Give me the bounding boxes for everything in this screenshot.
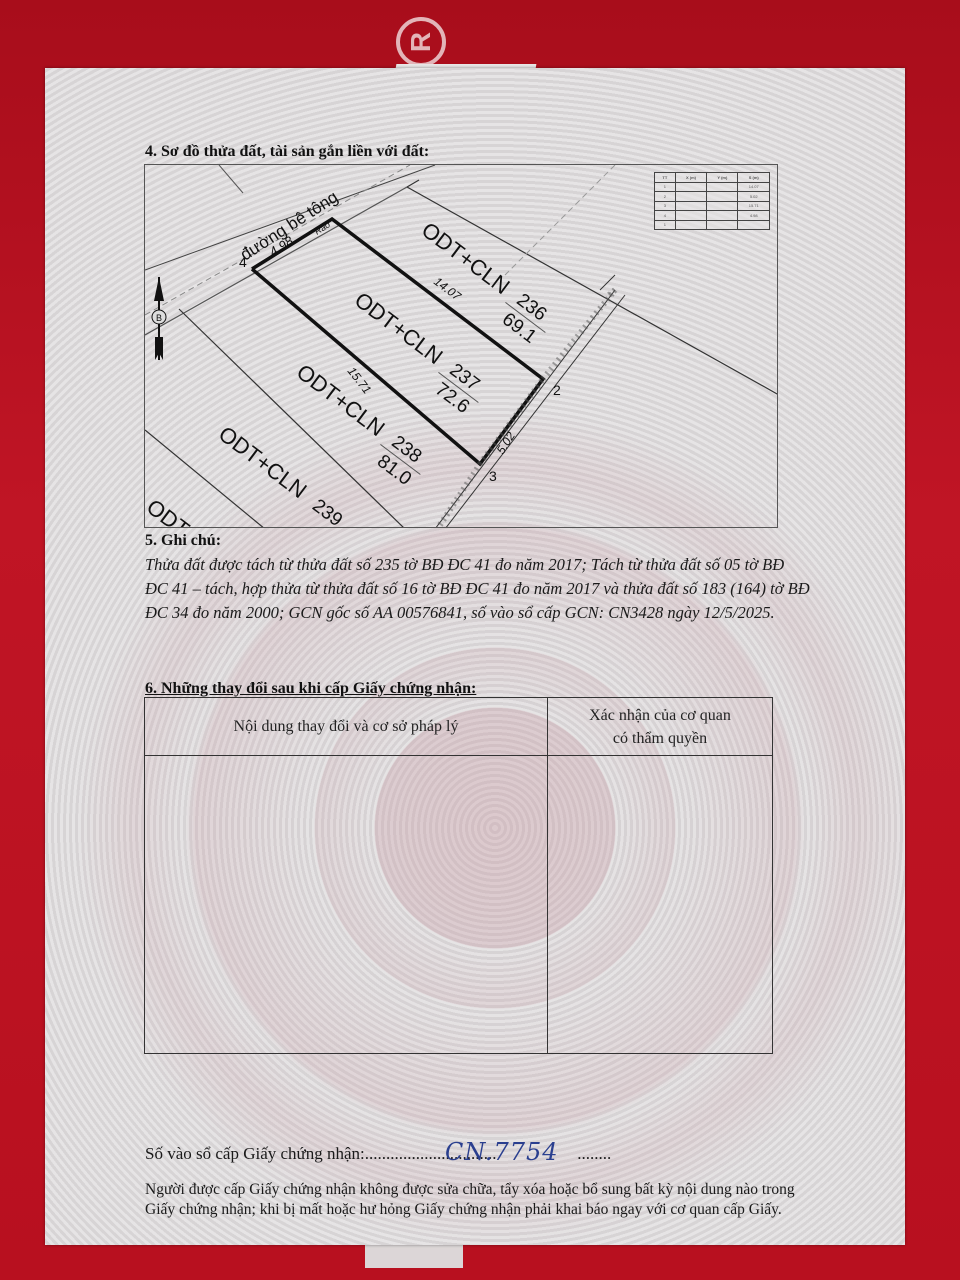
registry-dots-after: ........ (577, 1144, 611, 1163)
coord-cell (738, 220, 770, 230)
parcel-239-number: 239 (308, 495, 346, 528)
parcel-239-use: ODT+CLN (214, 421, 312, 503)
coord-cell (675, 201, 706, 211)
confirmation-header-line1: Xác nhận của cơ quan (589, 707, 731, 724)
parcel-239-label: ODT+CLN 239 (214, 421, 349, 528)
parcel-partial-use: ODT+ (145, 494, 204, 528)
coord-cell (707, 192, 738, 202)
coord-cell (675, 211, 706, 221)
coord-cell: 15.71 (738, 201, 770, 211)
coord-cell: 1 (655, 182, 676, 192)
coord-cell (707, 211, 738, 221)
parcel-238-use: ODT+CLN (292, 359, 390, 441)
coord-cell: 5.02 (738, 192, 770, 202)
vertex-4: 4 (239, 254, 247, 270)
changes-table-header: Nội dung thay đổi và cơ sở pháp lý Xác n… (145, 698, 773, 756)
north-arrow-icon: B (152, 277, 166, 360)
coord-cell (707, 201, 738, 211)
changes-table-row (145, 756, 773, 1054)
coord-cell (675, 220, 706, 230)
coord-cell: 14.07 (738, 182, 770, 192)
coord-header-s: S (m) (738, 173, 770, 183)
registry-label: Số vào sổ cấp Giấy chứng nhận: (145, 1144, 365, 1163)
changes-content-cell (145, 756, 548, 1054)
north-arrow-head (154, 277, 164, 301)
changes-confirmation-cell (548, 756, 773, 1054)
changes-header-confirmation: Xác nhận của cơ quan có thẩm quyền (548, 698, 773, 756)
coord-row: 25.02 (655, 192, 770, 202)
vertex-2: 2 (553, 382, 561, 398)
confirmation-header-line2: có thẩm quyền (613, 730, 707, 747)
boundary-segment (407, 180, 419, 187)
fence-edge-c (600, 275, 615, 290)
coord-cell (707, 220, 738, 230)
north-arrow-label: B (156, 313, 162, 323)
changes-table: Nội dung thay đổi và cơ sở pháp lý Xác n… (144, 697, 773, 1054)
coordinate-table: TT X (m) Y (m) S (m) 114.07 25.02 315.71… (654, 172, 770, 230)
coord-table-header: TT X (m) Y (m) S (m) (655, 173, 770, 183)
coord-cell: 4.98 (738, 211, 770, 221)
coord-cell: 4 (655, 211, 676, 221)
registered-trademark-icon: R (396, 17, 446, 67)
section-4-title: 4. Sơ đồ thửa đất, tài sản gắn liền với … (145, 143, 429, 161)
coord-cell: 1 (655, 220, 676, 230)
parcel-237-use: ODT+CLN (350, 287, 448, 369)
edge-length-bottom: 5.02 (494, 429, 518, 457)
coord-row: 315.71 (655, 201, 770, 211)
coord-cell (675, 192, 706, 202)
coord-row: 114.07 (655, 182, 770, 192)
coord-cell: 2 (655, 192, 676, 202)
fence-dots-a (543, 290, 615, 379)
road-side-line (219, 165, 243, 193)
coord-header-x: X (m) (675, 173, 706, 183)
coord-cell (707, 182, 738, 192)
coord-row: 44.98 (655, 211, 770, 221)
parcel-236-dashed-line (505, 165, 615, 275)
coord-row: 1 (655, 220, 770, 230)
coord-cell: 3 (655, 201, 676, 211)
coord-cell (675, 182, 706, 192)
registry-number-handwritten: CN.7754 (445, 1138, 559, 1166)
coord-header-tt: TT (655, 173, 676, 183)
warning-text: Người được cấp Giấy chứng nhận không đượ… (145, 1180, 825, 1220)
section-6-title: 6. Những thay đổi sau khi cấp Giấy chứng… (145, 680, 476, 698)
parcel-partial-label: ODT+ (145, 494, 204, 528)
section-5-title: 5. Ghi chú: (145, 532, 221, 550)
coord-header-y: Y (m) (707, 173, 738, 183)
vertex-3: 3 (489, 468, 497, 484)
notes-text: Thửa đất được tách từ thửa đất số 235 tờ… (145, 553, 810, 625)
registered-mark-glyph: R (405, 32, 436, 52)
parcel-236-use: ODT+CLN (417, 217, 515, 299)
changes-header-content: Nội dung thay đổi và cơ sở pháp lý (145, 698, 548, 756)
fence-dots-c (440, 464, 480, 525)
